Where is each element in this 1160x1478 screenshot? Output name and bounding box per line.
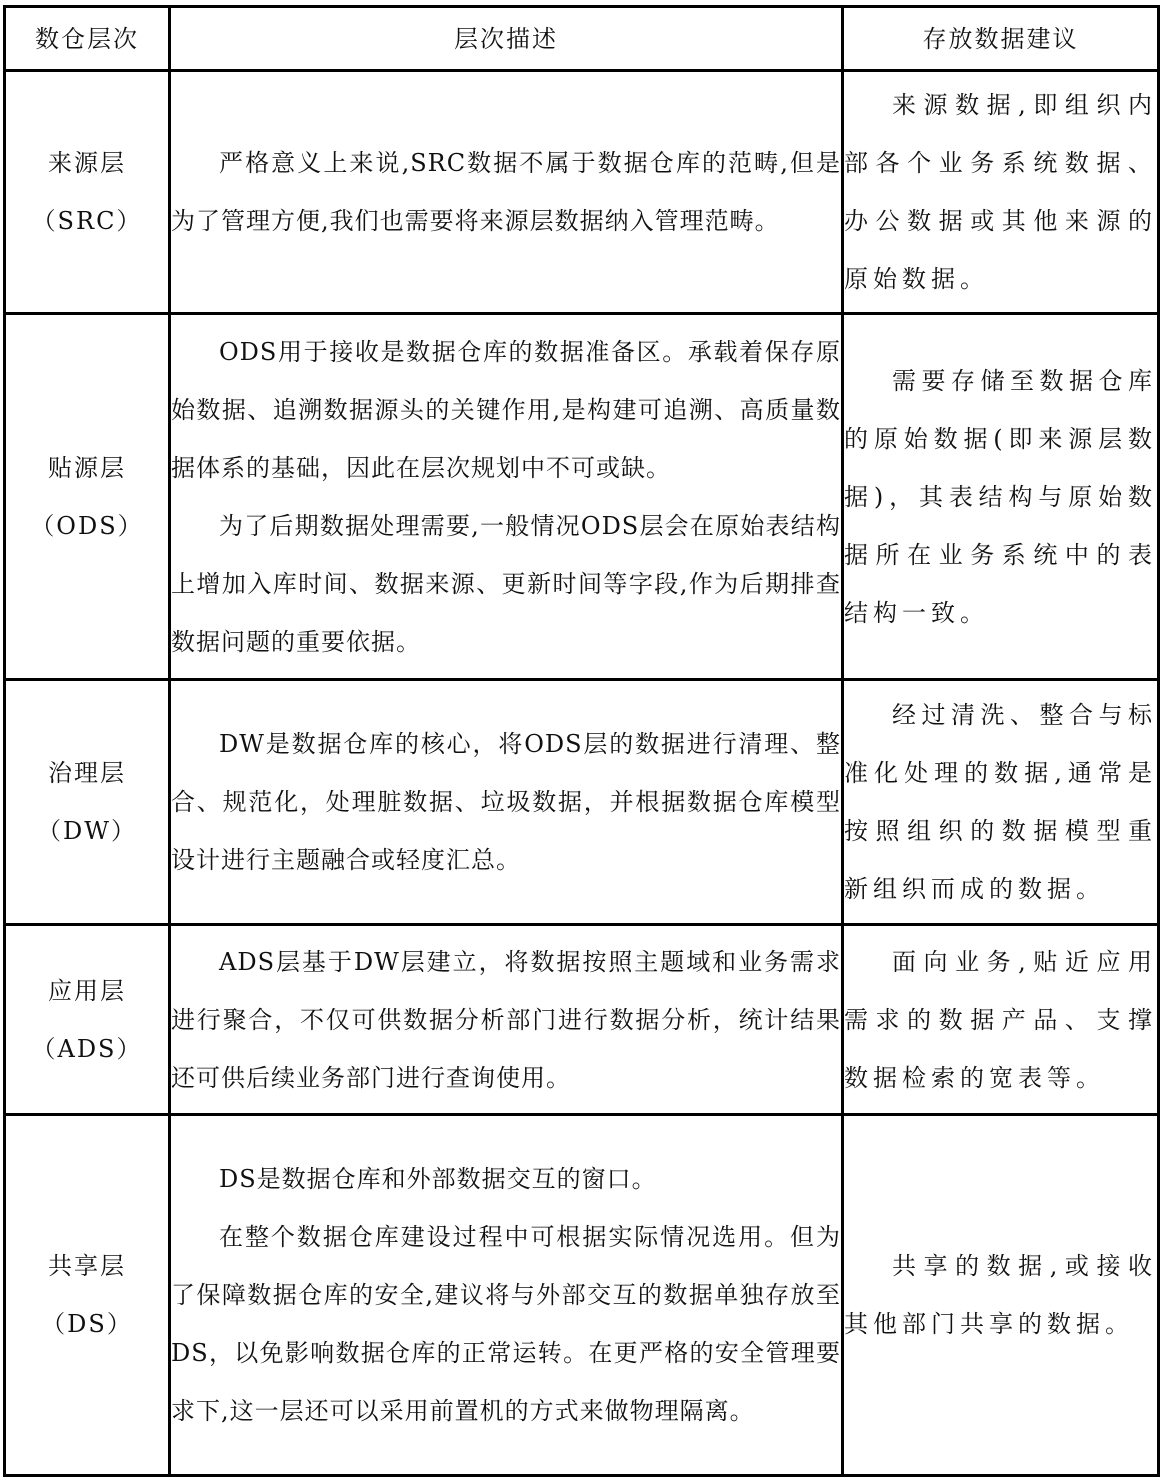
layer-name: 治理层 [6,744,168,802]
layer-name: 来源层 [6,134,168,192]
layer-cell: 应用层 （ADS） [5,925,170,1115]
description-paragraph: 在整个数据仓库建设过程中可根据实际情况选用。但为了保障数据仓库的安全,建议将与外… [171,1208,841,1440]
description-paragraph: ADS层基于DW层建立，将数据按照主题域和业务需求进行聚合，不仅可供数据分析部门… [171,933,841,1107]
description-cell: DW是数据仓库的核心，将ODS层的数据进行清理、整合、规范化，处理脏数据、垃圾数… [170,680,843,925]
suggestion-text: 需要存储至数据仓库的原始数据(即来源层数据)，其表结构与原始数据所在业务系统中的… [844,352,1157,642]
suggestion-text: 面向业务,贴近应用需求的数据产品、支撑数据检索的宽表等。 [844,933,1157,1107]
layer-cell: 治理层 （DW） [5,680,170,925]
layer-name: 共享层 [6,1237,168,1295]
table-row-src: 来源层 （SRC） 严格意义上来说,SRC数据不属于数据仓库的范畴,但是为了管理… [5,71,1159,314]
suggestion-cell: 共享的数据,或接收其他部门共享的数据。 [843,1115,1159,1476]
table-header-row: 数仓层次 层次描述 存放数据建议 [5,7,1159,71]
description-paragraph: DS是数据仓库和外部数据交互的窗口。 [171,1150,841,1208]
description-cell: ODS用于接收是数据仓库的数据准备区。承载着保存原始数据、追溯数据源头的关键作用… [170,314,843,680]
layer-name: 应用层 [6,962,168,1020]
layer-code: （SRC） [6,192,168,250]
table-row-ods: 贴源层 （ODS） ODS用于接收是数据仓库的数据准备区。承载着保存原始数据、追… [5,314,1159,680]
description-paragraph: DW是数据仓库的核心，将ODS层的数据进行清理、整合、规范化，处理脏数据、垃圾数… [171,715,841,889]
description-paragraph: 严格意义上来说,SRC数据不属于数据仓库的范畴,但是为了管理方便,我们也需要将来… [171,134,841,250]
description-cell: DS是数据仓库和外部数据交互的窗口。 在整个数据仓库建设过程中可根据实际情况选用… [170,1115,843,1476]
suggestion-cell: 需要存储至数据仓库的原始数据(即来源层数据)，其表结构与原始数据所在业务系统中的… [843,314,1159,680]
layer-cell: 来源层 （SRC） [5,71,170,314]
suggestion-text: 共享的数据,或接收其他部门共享的数据。 [844,1237,1157,1353]
table-row-ds: 共享层 （DS） DS是数据仓库和外部数据交互的窗口。 在整个数据仓库建设过程中… [5,1115,1159,1476]
layer-code: （ODS） [6,497,168,555]
description-cell: 严格意义上来说,SRC数据不属于数据仓库的范畴,但是为了管理方便,我们也需要将来… [170,71,843,314]
layer-code: （DW） [6,802,168,860]
header-layer: 数仓层次 [5,7,170,71]
layer-cell: 共享层 （DS） [5,1115,170,1476]
description-paragraph: 为了后期数据处理需要,一般情况ODS层会在原始表结构上增加入库时间、数据来源、更… [171,497,841,671]
layer-cell: 贴源层 （ODS） [5,314,170,680]
header-suggestion: 存放数据建议 [843,7,1159,71]
description-cell: ADS层基于DW层建立，将数据按照主题域和业务需求进行聚合，不仅可供数据分析部门… [170,925,843,1115]
layer-name: 贴源层 [6,439,168,497]
suggestion-cell: 来源数据,即组织内部各个业务系统数据、办公数据或其他来源的原始数据。 [843,71,1159,314]
suggestion-text: 来源数据,即组织内部各个业务系统数据、办公数据或其他来源的原始数据。 [844,76,1157,308]
header-description: 层次描述 [170,7,843,71]
suggestion-text: 经过清洗、整合与标准化处理的数据,通常是按照组织的数据模型重新组织而成的数据。 [844,686,1157,918]
suggestion-cell: 面向业务,贴近应用需求的数据产品、支撑数据检索的宽表等。 [843,925,1159,1115]
data-warehouse-layers-table: 数仓层次 层次描述 存放数据建议 来源层 （SRC） 严格意义上来说,SRC数据… [3,5,1160,1477]
table-row-ads: 应用层 （ADS） ADS层基于DW层建立，将数据按照主题域和业务需求进行聚合，… [5,925,1159,1115]
layer-code: （DS） [6,1295,168,1353]
description-paragraph: ODS用于接收是数据仓库的数据准备区。承载着保存原始数据、追溯数据源头的关键作用… [171,323,841,497]
table-row-dw: 治理层 （DW） DW是数据仓库的核心，将ODS层的数据进行清理、整合、规范化，… [5,680,1159,925]
layer-code: （ADS） [6,1020,168,1078]
suggestion-cell: 经过清洗、整合与标准化处理的数据,通常是按照组织的数据模型重新组织而成的数据。 [843,680,1159,925]
